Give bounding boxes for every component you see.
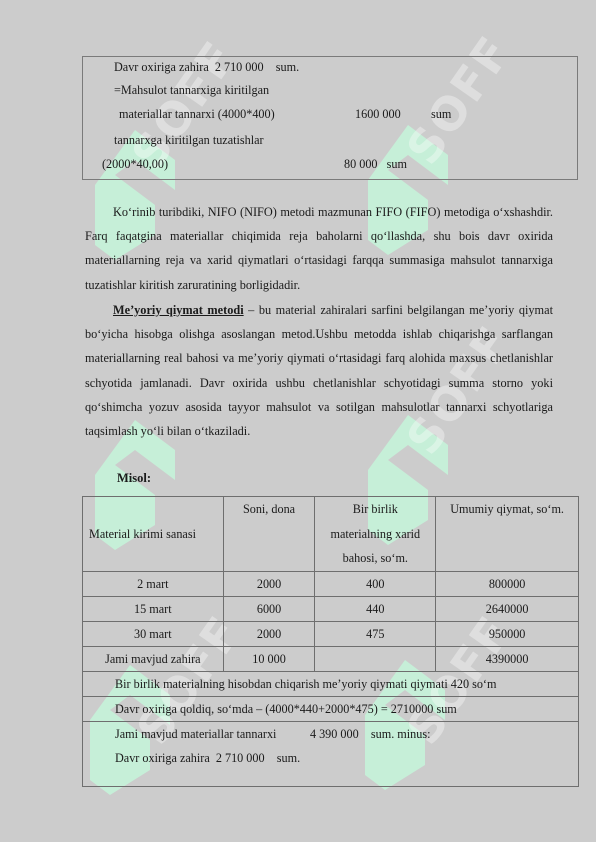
box-line: tannarxga kiritilgan tuzatishlar [114,129,264,153]
table-cell: 30 mart [83,621,224,646]
table-cell: 475 [315,621,436,646]
table-cell: 2 mart [83,571,224,596]
table-cell: 800000 [436,571,579,596]
box-line: Davr oxiriga zahira 2 710 000 sum. [114,56,299,80]
table-cell: 440 [315,596,436,621]
box-value: 80 000 sum [344,153,407,177]
paragraph-text: bu material zahiralari sarfini belgilang… [85,303,553,438]
note-line: Davr oxiriga zahira 2 710 000 sum. [115,746,578,770]
table-cell: 2640000 [436,596,579,621]
header-cell: Umumiy qiymat, so‘m. [436,497,579,572]
table-header-row: Material kirimi sanasi Soni, dona Bir bi… [83,497,579,572]
table-cell [315,646,436,671]
table-cell: 400 [315,571,436,596]
table-row: 2 mart 2000 400 800000 [83,571,579,596]
table-note-row: Davr oxiriga qoldiq, so‘mda – (4000*440+… [83,696,579,721]
box-line: (2000*40,00) [102,153,168,177]
header-cell: Material kirimi sanasi [83,497,224,572]
table-cell: 2000 [223,571,315,596]
box-value: 1600 000 [355,103,401,127]
table-total-row: Jami mavjud zahira 10 000 4390000 [83,646,579,671]
table-cell: 10 000 [223,646,315,671]
term-heading: Me’yoriy qiymat metodi [113,303,244,317]
table-cell: 2000 [223,621,315,646]
table-row: 15 mart 6000 440 2640000 [83,596,579,621]
paragraph-normative-method: Me’yoriy qiymat metodi – bu material zah… [85,298,553,443]
paragraph-nifo: Ko‘rinib turibdiki, NIFO (NIFO) metodi m… [85,200,553,297]
calculation-box: Davr oxiriga zahira 2 710 000 sum. =Mahs… [82,56,578,180]
dash: – [244,303,259,317]
note-line: Jami mavjud materiallar tannarxi 4 390 0… [115,722,578,746]
table-cell: 950000 [436,621,579,646]
box-unit: sum [431,103,451,127]
table-cell: 15 mart [83,596,224,621]
table-cell: 6000 [223,596,315,621]
table-cell: Jami mavjud zahira [83,646,224,671]
note-cell: Davr oxiriga qoldiq, so‘mda – (4000*440+… [83,696,579,721]
box-line: materiallar tannarxi (4000*400) [119,103,275,127]
document-page: SOFF SOFF SOFF SOFF SOFF Davr oxiriga za… [0,0,596,842]
table-cell: 4390000 [436,646,579,671]
table-row: 30 mart 2000 475 950000 [83,621,579,646]
example-table: Material kirimi sanasi Soni, dona Bir bi… [82,496,579,787]
note-cell: Jami mavjud materiallar tannarxi 4 390 0… [83,721,579,786]
paragraph-text: Ko‘rinib turibdiki, NIFO (NIFO) metodi m… [85,205,553,292]
example-label: Misol: [117,471,151,486]
header-cell: Bir birlik materialning xarid bahosi, so… [315,497,436,572]
box-line: =Mahsulot tannarxiga kiritilgan [114,79,269,103]
table-note-row: Jami mavjud materiallar tannarxi 4 390 0… [83,721,579,786]
table-note-row: Bir birlik materialning hisobdan chiqari… [83,671,579,696]
note-cell: Bir birlik materialning hisobdan chiqari… [83,671,579,696]
header-cell: Soni, dona [223,497,315,572]
